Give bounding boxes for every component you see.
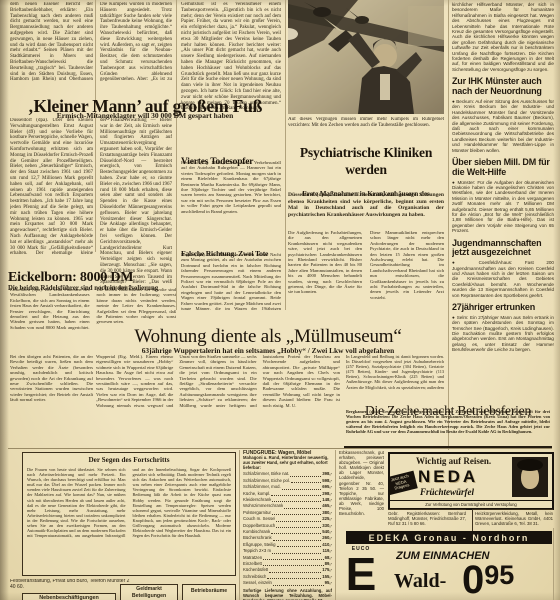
neda-footer: Zur Verhütung von Darmträgheit und Verst… — [390, 500, 552, 508]
headline-psychiatrie-line2: in Fachabteilungen gegliedert — [312, 178, 419, 179]
pigeon-photo-art — [288, 0, 444, 114]
dotted-leader — [273, 540, 322, 541]
edeka-logo: EUCO E — [334, 546, 388, 600]
rail-item-body: ● Coesfeld/Ahaus: Fast 200 Jugendmannsch… — [452, 260, 554, 298]
psychiatrie-lead: Düsseldorf (dpa). Die alte Erkenntnis, d… — [288, 192, 444, 227]
column-rule — [285, 0, 286, 310]
feature-title: Der Segen des Fortschritts — [23, 455, 235, 465]
feature-body: Die Frauen von heute sind überlastet. Si… — [27, 467, 231, 571]
article-tauben-col2: Die Kumpels wurden in modernen Häusern a… — [100, 2, 172, 82]
classifieds-subheader: Mahagoni u. Rund, Hinterländer neuwertig… — [243, 456, 332, 470]
dotted-leader — [271, 495, 321, 496]
dotted-leader — [272, 553, 321, 554]
article-psychiatrie-col1: Die Aufgliederung in Fachabteilungen, di… — [288, 230, 362, 312]
headline-eickelborn: Eickelborn: 8000 DM Schaden — [8, 269, 180, 287]
article-falsche-richtung: Hagen (dpa). Zwei Menschen wurden in der… — [181, 252, 281, 310]
dotted-leader — [263, 559, 323, 560]
rail-items: Zur IHK Münster auch nach der Neuordnung… — [452, 77, 554, 352]
article-eickelborn-cont: Bei den übrigen acht Patienten, die an d… — [10, 354, 93, 446]
headline-psychiatrie-line1: Psychiatrische Kliniken werden — [300, 145, 432, 177]
rail-item-headline: Zur IHK Münster auch nach der Neuordnung — [452, 77, 554, 97]
photo-caption: Auf dieses Vergnügen müssen immer mehr K… — [288, 117, 444, 141]
neda-woman-photo — [512, 457, 548, 497]
column-rule — [448, 0, 449, 450]
rail-brief-biafra: kirchlicher Hilfsverband Münster, der si… — [452, 2, 554, 72]
dotted-leader — [276, 527, 321, 528]
article-psychiatrie-cont: In Langenfeld und Bedburg ist damit bego… — [346, 354, 444, 390]
rail-item-body: ● Münster: Für die Aufgaben der ökumenis… — [452, 180, 554, 234]
column-rule — [553, 528, 554, 600]
small-ad-heizkoerper: Heizkörperverkleidung, Metall, kein Wärm… — [472, 509, 553, 531]
dotted-leader — [277, 546, 322, 547]
classifieds-footer: Sofortige Lieferung ohne Anzahlung, auf … — [243, 588, 332, 600]
pigeon-photo — [288, 0, 444, 114]
feature-box-fortschritt: Der Segen des Fortschritts Die Frauen vo… — [22, 452, 236, 576]
ad-box-nebenbeschaeftigungen: Nebenbeschäftigungen — [22, 593, 116, 600]
section-rule — [8, 448, 552, 449]
classifieds-rows: Schlafzimmer, Birke nat.398,- Schlafzimm… — [243, 471, 332, 586]
dotted-leader — [291, 482, 321, 483]
dotted-leader — [272, 501, 321, 502]
phone-line: Festveranstaltung, Privat und Büro, Tele… — [10, 579, 130, 593]
right-rail: kirchlicher Hilfsverband Münster, der si… — [452, 2, 554, 448]
neda-badge: Jetzt auch NEDA Dragees — [388, 471, 418, 496]
article-kleiner-mann-col1: Düsseldorf (dpa). Über den kleinen Verwa… — [10, 118, 93, 255]
rail-item-body: ● Beckum: Auf einer Sitzung des Ausschus… — [452, 99, 554, 153]
dotted-leader — [272, 514, 321, 515]
edeka-logo-letter: E — [334, 552, 388, 596]
article-zeche: Bergkamen (dpa). Erstmalig im Ruhrgebiet… — [346, 409, 550, 445]
neda-ad: Wichtig auf Reisen. NEDA Früchtewürfel J… — [388, 452, 554, 510]
dotted-leader — [273, 585, 324, 586]
edeka-bar: EDEKA Gronau - Nordhorn — [346, 531, 552, 544]
edeka-price: 095 — [462, 560, 550, 600]
dotted-leader — [284, 508, 321, 509]
article-muellmuseum: Wuppertal (Eig. Meld.). Einem ebenso eig… — [96, 354, 340, 446]
article-tauben-col3: Gemütslust ist es Vereinsmeier einem Tau… — [181, 2, 281, 143]
dotted-leader — [271, 533, 321, 534]
edeka-product: Wald- — [394, 568, 464, 600]
article-viertes-todesopfer: Bielefeld (Eig. Meld.). Der schwere Verk… — [181, 160, 281, 239]
column-rule — [95, 0, 96, 252]
article-tauben-col1: dem neuen Essener Bericht der Brieftaube… — [10, 2, 93, 82]
woman-hair — [517, 459, 543, 471]
rail-item-headline: Jugendmannschaften jetzt ausgezeichnet — [452, 239, 554, 259]
rail-item-headline: Über sieben Mill. DM für die Welt-Hilfe — [452, 158, 554, 178]
small-ad-registrierkassen: Gebr. Registrierkassen: Bernhard Mödingh… — [388, 509, 466, 531]
rail-item-body: ● Selm: Ein 27jähriger Mann aus Selm ert… — [452, 315, 554, 353]
dotted-leader — [263, 565, 324, 566]
dotted-leader — [269, 572, 321, 573]
ad-box-geldmarkt: Geldmarkt Beteiligungen — [120, 584, 178, 600]
zeche-rule — [344, 446, 552, 448]
edeka-price-int: 0 — [462, 560, 484, 600]
article-psychiatrie-col2: Diese Mammutkliniken entsprechen schon l… — [370, 230, 444, 312]
ad-box-betriebsraeume: Betriebsräume — [182, 584, 236, 600]
classifieds-second-column: Erbkassenschrank, gut erhalten, preiswer… — [339, 450, 384, 528]
rail-item-headline: 27jähriger ertrunken — [452, 303, 554, 313]
classifieds-column: FUNDGRUBE: Wagen, Möbel Mahagoni u. Rund… — [243, 450, 332, 600]
column-rule — [239, 450, 240, 600]
dotted-leader — [276, 521, 321, 522]
dotted-leader — [267, 578, 321, 579]
classified-row: Sessel, einzeln95,- — [243, 580, 332, 586]
dotted-leader — [282, 489, 321, 490]
newspaper-page: dem neuen Essener Bericht der Brieftaube… — [0, 0, 560, 600]
dotted-leader — [290, 476, 321, 477]
edeka-price-dec: 95 — [484, 560, 514, 590]
column-rule — [176, 0, 177, 310]
